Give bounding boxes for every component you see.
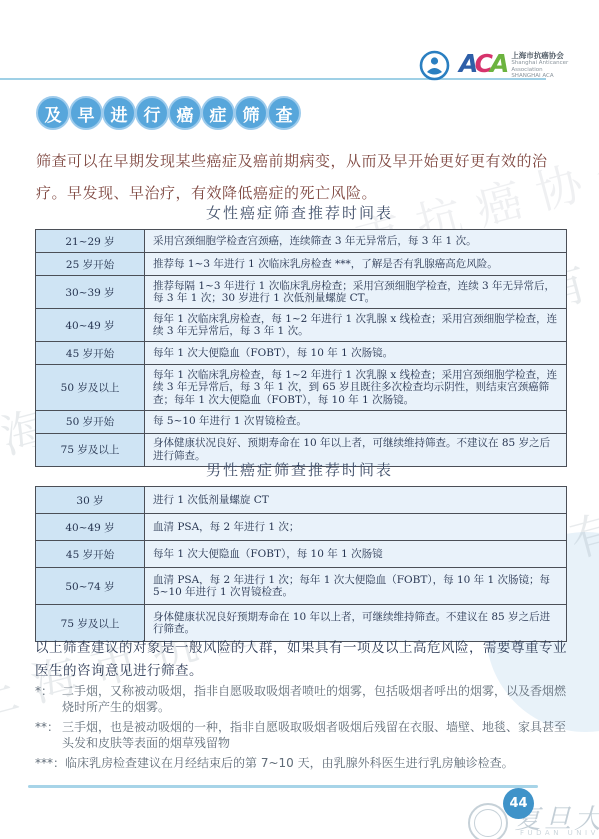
- intro-paragraph: 筛查可以在早期发现某些癌症及癌前期病变，从而及早开始更好更有效的治疗。早发现、早…: [36, 145, 570, 209]
- age-cell: 50 岁开始: [36, 410, 145, 433]
- title-badge: 症: [201, 96, 235, 130]
- footnote-marker: ***：: [35, 756, 65, 772]
- table-row: 40~49 岁 每年 1 次临床乳房检查，每 1~2 年进行 1 次乳腺 x 线…: [36, 309, 567, 342]
- recommendation-cell: 推荐每隔 1~3 年进行 1 次临床乳房检查；采用宫颈细胞学检查，连续 3 年无…: [145, 276, 567, 309]
- table-row: 40~49 岁 血清 PSA，每 2 年进行 1 次；: [36, 514, 567, 541]
- recommendation-cell: 身体健康状况良好预期寿命在 10 年以上者，可继续维持筛查。不建议在 85 岁之…: [145, 605, 567, 642]
- age-cell: 40~49 岁: [36, 514, 145, 541]
- footer-divider: [28, 785, 538, 788]
- title-badge: 查: [267, 96, 301, 130]
- org-name-cn: 上海市抗癌协会: [511, 51, 573, 60]
- recommendation-cell: 每年 1 次临床乳房检查，每 1~2 年进行 1 次乳腺 x 线检查；采用宫颈细…: [145, 309, 567, 342]
- table-row: 45 岁开始 每年 1 次大便隐血（FOBT），每 10 年 1 次肠镜: [36, 541, 567, 568]
- anticancer-emblem-icon: [419, 50, 450, 81]
- aca-letter: C: [475, 49, 490, 78]
- age-cell: 40~49 岁: [36, 309, 145, 342]
- footnote-marker: *：: [35, 684, 62, 715]
- title-badge: 筛: [234, 96, 268, 130]
- table-row: 30 岁 进行 1 次低剂量螺旋 CT: [36, 487, 567, 514]
- footnote-item: **： 三手烟，也是被动吸烟的一种，指非自愿吸取吸烟者吸烟后残留在衣服、墙壁、地…: [35, 720, 573, 751]
- recommendation-cell: 推荐每 1~3 年进行 1 次临床乳房检查 ***，了解是否有乳腺癌高危风险。: [145, 253, 567, 276]
- age-cell: 25 岁开始: [36, 253, 145, 276]
- table-row: 25 岁开始 推荐每 1~3 年进行 1 次临床乳房检查 ***，了解是否有乳腺…: [36, 253, 567, 276]
- age-cell: 30 岁: [36, 487, 145, 514]
- fudan-university-seal-icon: [468, 803, 508, 839]
- table-row: 30~39 岁 推荐每隔 1~3 年进行 1 次临床乳房检查；采用宫颈细胞学检查…: [36, 276, 567, 309]
- title-badge: 早: [69, 96, 103, 130]
- title-badge: 进: [102, 96, 136, 130]
- female-screening-table: 21~29 岁 采用宫颈细胞学检查宫颈癌，连续筛查 3 年无异常后，每 3 年 …: [35, 229, 567, 467]
- table-row: 50~74 岁 血清 PSA，每 2 年进行 1 次；每年 1 次大便隐血（FO…: [36, 568, 567, 605]
- table-row: 75 岁及以上 身体健康状况良好预期寿命在 10 年以上者，可继续维持筛查。不建…: [36, 605, 567, 642]
- age-cell: 30~39 岁: [36, 276, 145, 309]
- footnote-text: 临床乳房检查建议在月经结束后的第 7~10 天，由乳腺外科医生进行乳房触诊检查。: [65, 756, 573, 772]
- title-badge: 癌: [168, 96, 202, 130]
- footnotes: *： 二手烟，又称被动吸烟，指非自愿吸取吸烟者喷吐的烟雾，包括吸烟者呼出的烟雾，…: [35, 684, 573, 777]
- aca-letter: A: [490, 49, 506, 78]
- age-cell: 21~29 岁: [36, 230, 145, 253]
- org-name-block: 上海市抗癌协会 Shanghai Anticancer Association …: [511, 49, 573, 80]
- aca-logo-letters: ACA: [459, 49, 506, 79]
- page-number-badge: 44: [503, 788, 534, 819]
- org-name-en: Shanghai Anticancer Association: [511, 60, 573, 73]
- footnote-marker: **：: [35, 720, 62, 751]
- recommendation-cell: 每年 1 次临床乳房检查，每 1~2 年进行 1 次乳腺 x 线检查；采用宫颈细…: [145, 365, 567, 411]
- table-row: 50 岁及以上 每年 1 次临床乳房检查，每 1~2 年进行 1 次乳腺 x 线…: [36, 365, 567, 411]
- advice-paragraph: 以上筛查建议的对象是一般风险的人群，如果具有一项及以上高危风险，需要尊重专业医生…: [35, 637, 569, 683]
- footnote-item: *： 二手烟，又称被动吸烟，指非自愿吸取吸烟者喷吐的烟雾，包括吸烟者呼出的烟雾，…: [35, 684, 573, 715]
- recommendation-cell: 每年 1 次大便隐血（FOBT），每 10 年 1 次肠镜。: [145, 342, 567, 365]
- title-badge: 及: [36, 96, 70, 130]
- male-screening-table: 30 岁 进行 1 次低剂量螺旋 CT 40~49 岁 血清 PSA，每 2 年…: [35, 486, 567, 642]
- age-cell: 50~74 岁: [36, 568, 145, 605]
- age-cell: 45 岁开始: [36, 541, 145, 568]
- aca-logo: ACA 上海市抗癌协会 Shanghai Anticancer Associat…: [459, 49, 573, 80]
- org-abbr: SHANGHAI ACA: [511, 73, 573, 80]
- table-row: 21~29 岁 采用宫颈细胞学检查宫颈癌，连续筛查 3 年无异常后，每 3 年 …: [36, 230, 567, 253]
- recommendation-cell: 采用宫颈细胞学检查宫颈癌，连续筛查 3 年无异常后，每 3 年 1 次。: [145, 230, 567, 253]
- fudan-seal-inner-ring: [474, 809, 502, 837]
- footnote-text: 二手烟，又称被动吸烟，指非自愿吸取吸烟者喷吐的烟雾，包括吸烟者呼出的烟雾，以及香…: [62, 684, 573, 715]
- recommendation-cell: 每 5~10 年进行 1 次胃镜检查。: [145, 410, 567, 433]
- recommendation-cell: 血清 PSA，每 2 年进行 1 次；每年 1 次大便隐血（FOBT），每 10…: [145, 568, 567, 605]
- section-title-badges: 及 早 进 行 癌 症 筛 查: [36, 96, 300, 130]
- footnote-text: 三手烟，也是被动吸烟的一种，指非自愿吸取吸烟者吸烟后残留在衣服、墙壁、地毯、家具…: [62, 720, 573, 751]
- table-row: 45 岁开始 每年 1 次大便隐血（FOBT），每 10 年 1 次肠镜。: [36, 342, 567, 365]
- age-cell: 75 岁及以上: [36, 605, 145, 642]
- document-page: 上海市抗癌协会版权所有 上海市抗癌协会版权所有 上海市抗癌协会版权所有 ACA …: [0, 0, 599, 839]
- recommendation-cell: 进行 1 次低剂量螺旋 CT: [145, 487, 567, 514]
- male-table-title: 男性癌症筛查推荐时间表: [0, 459, 599, 480]
- female-table-title: 女性癌症筛查推荐时间表: [0, 202, 599, 223]
- age-cell: 45 岁开始: [36, 342, 145, 365]
- table-row: 50 岁开始 每 5~10 年进行 1 次胃镜检查。: [36, 410, 567, 433]
- aca-letter: A: [459, 49, 475, 78]
- title-badge: 行: [135, 96, 169, 130]
- recommendation-cell: 每年 1 次大便隐血（FOBT），每 10 年 1 次肠镜: [145, 541, 567, 568]
- fudan-university-watermark-en: FUDAN UNIVERSITY: [520, 829, 599, 837]
- footnote-item: ***： 临床乳房检查建议在月经结束后的第 7~10 天，由乳腺外科医生进行乳房…: [35, 756, 573, 772]
- recommendation-cell: 血清 PSA，每 2 年进行 1 次；: [145, 514, 567, 541]
- age-cell: 50 岁及以上: [36, 365, 145, 411]
